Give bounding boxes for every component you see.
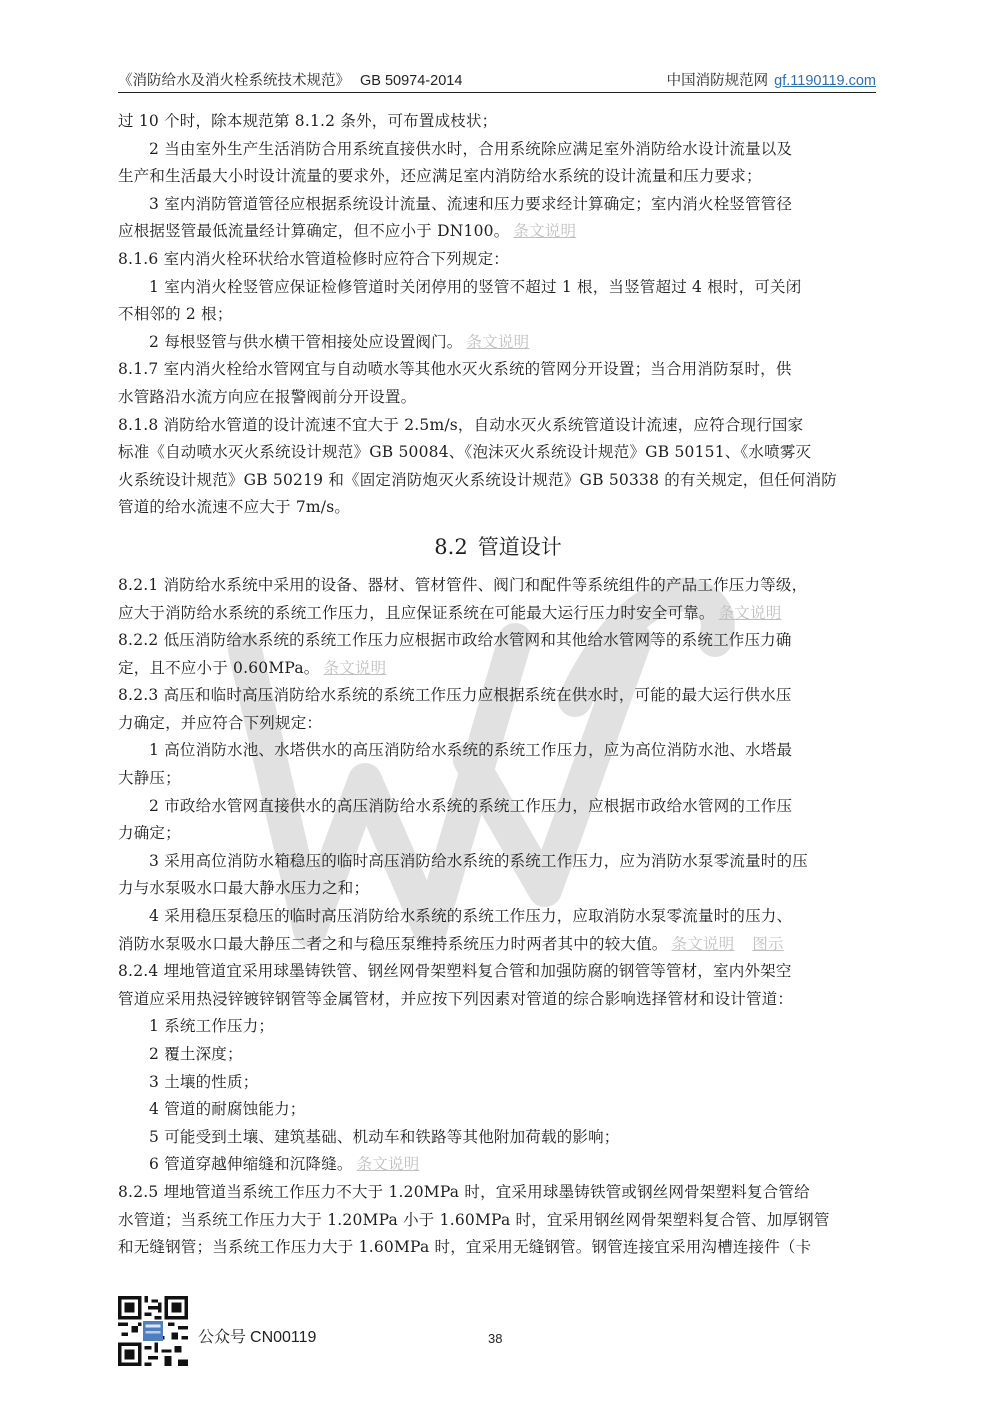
text-line: 1 室内消火栓竖管应保证检修管道时关闭停用的竖管不超过 1 根，当竖管超过 4 …	[118, 274, 878, 302]
text-line: 2 每根竖管与供水横干管相接处应设置阀门。条文说明	[118, 329, 878, 357]
line-text: 5 可能受到土壤、建筑基础、机动车和铁路等其他附加荷载的影响；	[149, 1128, 620, 1146]
line-text: 水管路沿水流方向应在报警阀前分开设置。	[118, 388, 416, 406]
text-line: 2 覆土深度；	[118, 1041, 878, 1069]
text-line: 2 当由室外生产生活消防合用系统直接供水时，合用系统除应满足室外消防给水设计流量…	[118, 136, 878, 164]
section-number: 8.2	[434, 535, 467, 559]
line-text: 和无缝钢管；当系统工作压力大于 1.60MPa 时，宜采用无缝钢管。钢管连接宜采…	[118, 1238, 811, 1256]
text-line: 管道应采用热浸锌镀锌钢管等金属管材，并应按下列因素对管道的综合影响选择管材和设计…	[118, 986, 878, 1014]
line-text: 火系统设计规范》GB 50219 和《固定消防炮灭火系统设计规范》GB 5033…	[118, 471, 837, 489]
text-line: 1 高位消防水池、水塔供水的高压消防给水系统的系统工作压力，应为高位消防水池、水…	[118, 737, 878, 765]
section-heading: 8.2管道设计	[118, 522, 878, 572]
line-text: 2 当由室外生产生活消防合用系统直接供水时，合用系统除应满足室外消防给水设计流量…	[149, 140, 792, 158]
line-text: 8.2.3 高压和临时高压消防给水系统的系统工作压力应根据系统在供水时，可能的最…	[118, 686, 792, 704]
text-line: 生产和生活最大小时设计流量的要求外，还应满足室内消防给水系统的设计流量和压力要求…	[118, 163, 878, 191]
text-line: 8.2.4 埋地管道宜采用球墨铸铁管、钢丝网骨架塑料复合管和加强防腐的钢管等管材…	[118, 958, 878, 986]
line-text: 4 采用稳压泵稳压的临时高压消防给水系统的系统工作压力，应取消防水泵零流量时的压…	[149, 907, 792, 925]
line-text: 生产和生活最大小时设计流量的要求外，还应满足室内消防给水系统的设计流量和压力要求…	[118, 167, 762, 185]
line-text: 水管道；当系统工作压力大于 1.20MPa 小于 1.60MPa 时，宜采用钢丝…	[118, 1211, 830, 1229]
line-text: 不相邻的 2 根；	[118, 305, 233, 323]
document-page: 《消防给水及消火栓系统技术规范》GB 50974-2014 中国消防规范网gf.…	[0, 0, 993, 1403]
text-line: 6 管道穿越伸缩缝和沉降缝。条文说明	[118, 1151, 878, 1179]
text-line: 3 土壤的性质；	[118, 1069, 878, 1097]
line-text: 力确定，并应符合下列规定：	[118, 714, 322, 732]
line-text: 力与水泵吸水口最大静水压力之和；	[118, 879, 369, 897]
line-text: 力确定；	[118, 824, 181, 842]
line-text: 4 管道的耐腐蚀能力；	[149, 1100, 306, 1118]
line-text: 应大于消防给水系统的系统工作压力，且应保证系统在可能最大运行压力时安全可靠。	[118, 604, 715, 622]
line-text: 消防水泵吸水口最大静压二者之和与稳压泵维持系统压力时两者其中的较大值。	[118, 935, 668, 953]
line-text: 8.1.7 室内消火栓给水管网宜与自动喷水等其他水灭火系统的管网分开设置；当合用…	[118, 360, 792, 378]
clause-note-link[interactable]: 条文说明	[467, 333, 530, 351]
text-line: 大静压；	[118, 765, 878, 793]
line-text: 8.2.1 消防给水系统中采用的设备、器材、管材管件、阀门和配件等系统组件的产品…	[118, 576, 807, 594]
text-line: 消防水泵吸水口最大静压二者之和与稳压泵维持系统压力时两者其中的较大值。条文说明图…	[118, 931, 878, 959]
site-name: 中国消防规范网	[667, 73, 769, 89]
line-text: 8.2.5 埋地管道当系统工作压力不大于 1.20MPa 时，宜采用球墨铸铁管或…	[118, 1183, 810, 1201]
text-line: 2 市政给水管网直接供水的高压消防给水系统的系统工作压力，应根据市政给水管网的工…	[118, 793, 878, 821]
text-line: 8.2.2 低压消防给水系统的系统工作压力应根据市政给水管网和其他给水管网等的系…	[118, 627, 878, 655]
line-text: 1 系统工作压力；	[149, 1017, 274, 1035]
line-text: 2 市政给水管网直接供水的高压消防给水系统的系统工作压力，应根据市政给水管网的工…	[149, 797, 792, 815]
text-line: 不相邻的 2 根；	[118, 301, 878, 329]
line-text: 2 覆土深度；	[149, 1045, 243, 1063]
line-text: 3 室内消防管道管径应根据系统设计流量、流速和压力要求经计算确定；室内消火栓竖管…	[149, 195, 792, 213]
line-text: 管道的给水流速不应大于 7m/s。	[118, 498, 350, 516]
clause-note-link[interactable]: 条文说明	[513, 222, 576, 240]
text-line: 8.1.7 室内消火栓给水管网宜与自动喷水等其他水灭火系统的管网分开设置；当合用…	[118, 356, 878, 384]
text-line: 和无缝钢管；当系统工作压力大于 1.60MPa 时，宜采用无缝钢管。钢管连接宜采…	[118, 1234, 878, 1262]
section-title: 管道设计	[478, 535, 562, 559]
diagram-link[interactable]: 图示	[752, 935, 783, 953]
page-header: 《消防给水及消火栓系统技术规范》GB 50974-2014 中国消防规范网gf.…	[118, 70, 876, 93]
text-line: 火系统设计规范》GB 50219 和《固定消防炮灭火系统设计规范》GB 5033…	[118, 467, 878, 495]
text-line: 水管路沿水流方向应在报警阀前分开设置。	[118, 384, 878, 412]
text-block-8-2: 8.2.1 消防给水系统中采用的设备、器材、管材管件、阀门和配件等系统组件的产品…	[118, 572, 878, 1262]
text-line: 5 可能受到土壤、建筑基础、机动车和铁路等其他附加荷载的影响；	[118, 1124, 878, 1152]
qr-code-icon[interactable]	[118, 1296, 188, 1366]
text-line: 应根据竖管最低流量经计算确定，但不应小于 DN100。条文说明	[118, 218, 878, 246]
clause-note-link[interactable]: 条文说明	[672, 935, 735, 953]
wechat-account-label: 公众号CN00119	[198, 1324, 316, 1347]
clause-note-link[interactable]: 条文说明	[357, 1155, 420, 1173]
line-text: 8.2.2 低压消防给水系统的系统工作压力应根据市政给水管网和其他给水管网等的系…	[118, 631, 792, 649]
text-line: 3 室内消防管道管径应根据系统设计流量、流速和压力要求经计算确定；室内消火栓竖管…	[118, 191, 878, 219]
line-text: 管道应采用热浸锌镀锌钢管等金属管材，并应按下列因素对管道的综合影响选择管材和设计…	[118, 990, 793, 1008]
line-text: 3 土壤的性质；	[149, 1073, 258, 1091]
line-text: 标准《自动喷水灭火系统设计规范》GB 50084、《泡沫灭火系统设计规范》GB …	[118, 443, 811, 461]
clause-note-link[interactable]: 条文说明	[323, 659, 386, 677]
text-line: 4 管道的耐腐蚀能力；	[118, 1096, 878, 1124]
text-line: 4 采用稳压泵稳压的临时高压消防给水系统的系统工作压力，应取消防水泵零流量时的压…	[118, 903, 878, 931]
text-block-8-1: 过 10 个时，除本规范第 8.1.2 条外，可布置成枝状；2 当由室外生产生活…	[118, 108, 878, 522]
text-line: 8.2.5 埋地管道当系统工作压力不大于 1.20MPa 时，宜采用球墨铸铁管或…	[118, 1179, 878, 1207]
line-text: 应根据竖管最低流量经计算确定，但不应小于 DN100。	[118, 222, 509, 240]
site-link[interactable]: gf.1190119.com	[774, 73, 876, 89]
text-line: 8.2.3 高压和临时高压消防给水系统的系统工作压力应根据系统在供水时，可能的最…	[118, 682, 878, 710]
line-text: 2 每根竖管与供水横干管相接处应设置阀门。	[149, 333, 463, 351]
wechat-label-text: 公众号	[198, 1327, 246, 1346]
line-text: 8.1.8 消防给水管道的设计流速不宜大于 2.5m/s，自动水灭火系统管道设计…	[118, 416, 803, 434]
line-text: 3 采用高位消防水箱稳压的临时高压消防给水系统的系统工作压力，应为消防水泵零流量…	[149, 852, 808, 870]
page-number: 38	[488, 1331, 502, 1346]
doc-title: 《消防给水及消火栓系统技术规范》	[118, 73, 350, 89]
text-line: 力与水泵吸水口最大静水压力之和；	[118, 875, 878, 903]
text-line: 力确定，并应符合下列规定：	[118, 710, 878, 738]
text-line: 3 采用高位消防水箱稳压的临时高压消防给水系统的系统工作压力，应为消防水泵零流量…	[118, 848, 878, 876]
text-line: 标准《自动喷水灭火系统设计规范》GB 50084、《泡沫灭火系统设计规范》GB …	[118, 439, 878, 467]
clause-note-link[interactable]: 条文说明	[719, 604, 782, 622]
header-site: 中国消防规范网gf.1190119.com	[667, 69, 876, 90]
text-line: 过 10 个时，除本规范第 8.1.2 条外，可布置成枝状；	[118, 108, 878, 136]
text-line: 水管道；当系统工作压力大于 1.20MPa 小于 1.60MPa 时，宜采用钢丝…	[118, 1207, 878, 1235]
text-line: 8.2.1 消防给水系统中采用的设备、器材、管材管件、阀门和配件等系统组件的产品…	[118, 572, 878, 600]
line-text: 1 高位消防水池、水塔供水的高压消防给水系统的系统工作压力，应为高位消防水池、水…	[149, 741, 792, 759]
doc-code: GB 50974-2014	[360, 73, 462, 89]
text-line: 管道的给水流速不应大于 7m/s。	[118, 494, 878, 522]
text-line: 8.1.6 室内消火栓环状给水管道检修时应符合下列规定：	[118, 246, 878, 274]
text-line: 定，且不应小于 0.60MPa。条文说明	[118, 655, 878, 683]
page-footer: 公众号CN00119 38	[118, 1296, 878, 1368]
text-line: 1 系统工作压力；	[118, 1013, 878, 1041]
line-text: 6 管道穿越伸缩缝和沉降缝。	[149, 1155, 353, 1173]
header-doc-title: 《消防给水及消火栓系统技术规范》GB 50974-2014	[118, 69, 462, 90]
line-text: 8.2.4 埋地管道宜采用球墨铸铁管、钢丝网骨架塑料复合管和加强防腐的钢管等管材…	[118, 962, 792, 980]
document-body: 过 10 个时，除本规范第 8.1.2 条外，可布置成枝状；2 当由室外生产生活…	[118, 108, 878, 1262]
wechat-id: CN00119	[250, 1329, 316, 1346]
text-line: 8.1.8 消防给水管道的设计流速不宜大于 2.5m/s，自动水灭火系统管道设计…	[118, 412, 878, 440]
line-text: 定，且不应小于 0.60MPa。	[118, 659, 319, 677]
line-text: 大静压；	[118, 769, 181, 787]
line-text: 过 10 个时，除本规范第 8.1.2 条外，可布置成枝状；	[118, 112, 497, 130]
text-line: 力确定；	[118, 820, 878, 848]
line-text: 1 室内消火栓竖管应保证检修管道时关闭停用的竖管不超过 1 根，当竖管超过 4 …	[149, 278, 801, 296]
line-text: 8.1.6 室内消火栓环状给水管道检修时应符合下列规定：	[118, 250, 509, 268]
text-line: 应大于消防给水系统的系统工作压力，且应保证系统在可能最大运行压力时安全可靠。条文…	[118, 600, 878, 628]
